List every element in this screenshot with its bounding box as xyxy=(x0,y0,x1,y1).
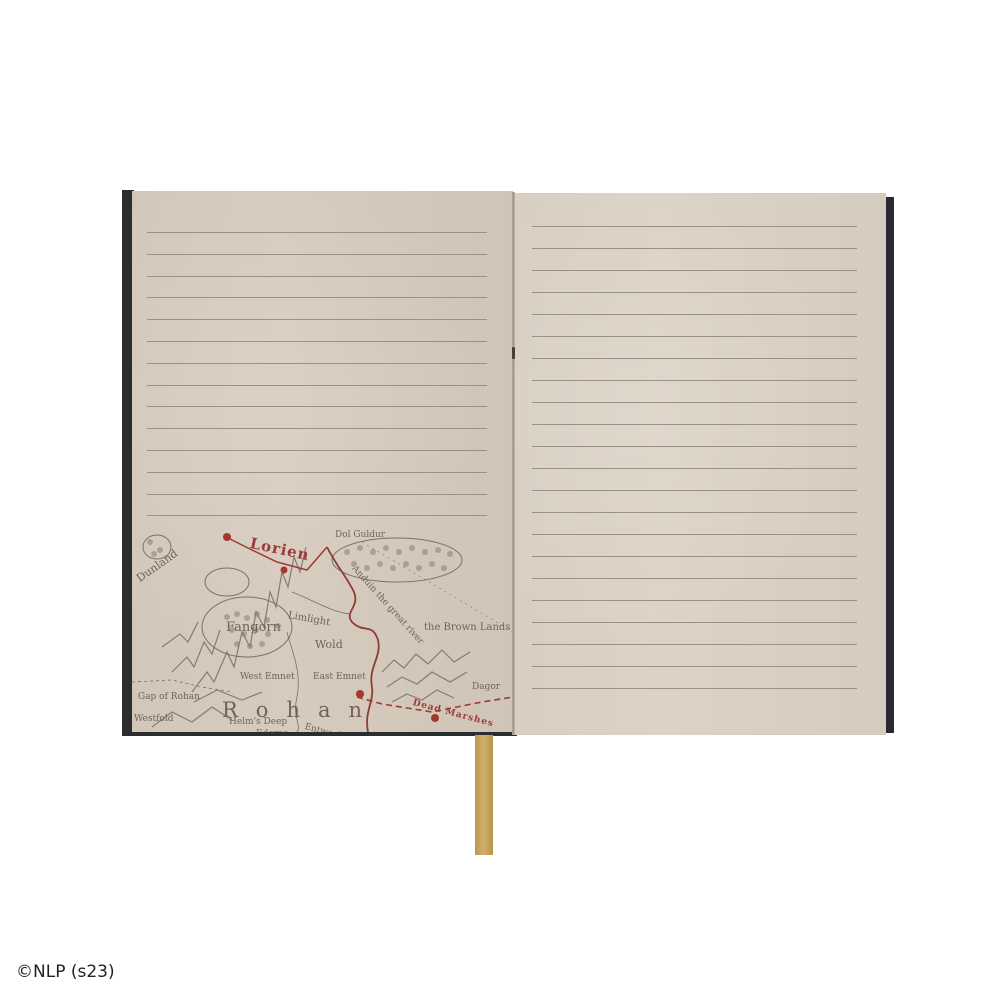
ruled-line xyxy=(147,385,487,386)
ruled-line xyxy=(147,494,487,495)
ruled-line xyxy=(532,226,857,227)
map-label: Edoras xyxy=(256,729,288,732)
ruled-line xyxy=(532,688,857,689)
notebook-photo: LorienAnduin the great riverDol GuldurDu… xyxy=(0,0,1000,1000)
ruled-line xyxy=(532,446,857,447)
map-label: Gap of Rohan xyxy=(138,692,200,702)
copyright-notice: ©NLP (s23) xyxy=(16,962,115,982)
ruled-line xyxy=(147,515,487,516)
ruled-line xyxy=(532,402,857,403)
map-label: Helm's Deep xyxy=(229,717,287,727)
ruled-line xyxy=(147,319,487,320)
binding-stitch xyxy=(512,347,515,359)
ruled-line xyxy=(147,428,487,429)
ruled-line xyxy=(147,297,487,298)
ruled-line xyxy=(532,314,857,315)
map-label: West Emnet xyxy=(240,672,295,682)
ruled-line xyxy=(532,248,857,249)
ruled-line xyxy=(147,450,487,451)
ruled-line xyxy=(147,406,487,407)
map-label: Dagor xyxy=(472,682,500,692)
ruled-line xyxy=(532,490,857,491)
ruled-line xyxy=(532,358,857,359)
map-label: Westfold xyxy=(134,714,173,724)
bookmark-ribbon xyxy=(475,735,493,855)
ruled-line xyxy=(532,424,857,425)
ruled-line xyxy=(532,468,857,469)
map-label: Dol Guldur xyxy=(335,530,385,540)
ruled-line xyxy=(532,292,857,293)
ruled-line xyxy=(532,644,857,645)
right-page xyxy=(515,193,886,735)
ruled-line xyxy=(147,363,487,364)
middle-earth-map-print: LorienAnduin the great riverDol GuldurDu… xyxy=(132,522,513,732)
ruled-line xyxy=(147,254,487,255)
ruled-line xyxy=(532,556,857,557)
ruled-line xyxy=(532,622,857,623)
ruled-line xyxy=(147,341,487,342)
map-label: the Brown Lands xyxy=(424,622,510,633)
ruled-line xyxy=(532,270,857,271)
ruled-line xyxy=(532,600,857,601)
ruled-line xyxy=(532,380,857,381)
ruled-line xyxy=(532,578,857,579)
ruled-line xyxy=(532,666,857,667)
ruled-line xyxy=(147,276,487,277)
map-label: Fangorn xyxy=(226,620,281,635)
ruled-line xyxy=(147,232,487,233)
ruled-line xyxy=(532,534,857,535)
ruled-line xyxy=(532,336,857,337)
map-label: East Emnet xyxy=(313,672,366,682)
ruled-line xyxy=(147,472,487,473)
ruled-line xyxy=(532,512,857,513)
map-label: Wold xyxy=(315,638,343,651)
